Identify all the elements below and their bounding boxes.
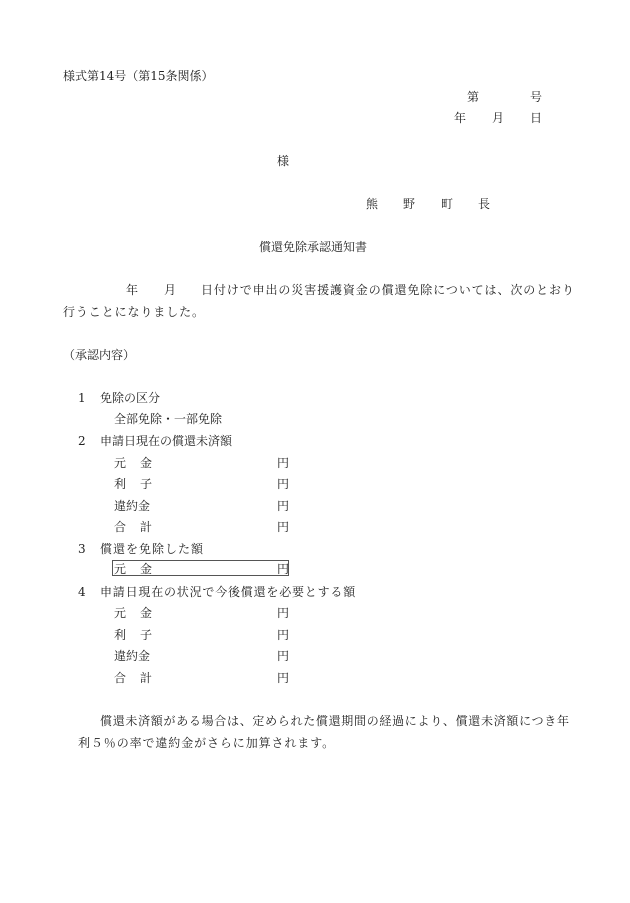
date-month: 月	[492, 111, 504, 125]
note-line2: 利５％の率で違約金がさらに加算されます。	[78, 736, 335, 750]
date-year: 年	[454, 111, 466, 125]
note-line1: 償還未済額がある場合は、定められた償還期間の経過により、償還未済額につき年	[100, 714, 570, 728]
row-label-a: 合	[114, 520, 126, 534]
issuer-char-2: 野	[403, 197, 415, 211]
form-id: 様式第14号（第15条関係）	[63, 69, 214, 83]
ref-go: 号	[530, 90, 542, 104]
row-label-b: 金	[140, 456, 152, 470]
item-3-title: 償還を免除した額	[100, 542, 204, 556]
row-label: 違約金	[114, 499, 150, 513]
row-label-b: 金	[140, 562, 152, 576]
item-2-title: 申請日現在の償還未済額	[100, 434, 232, 448]
item-1-value: 全部免除・一部免除	[114, 412, 222, 426]
issuer-char-1: 熊	[366, 197, 378, 211]
issuer-char-3: 町	[441, 197, 453, 211]
row-label-b: 子	[140, 628, 152, 642]
row-label-a: 元	[114, 456, 126, 470]
ref-dai: 第	[467, 90, 479, 104]
section-heading: （承認内容）	[63, 348, 135, 362]
row-unit: 円	[277, 520, 289, 534]
item-2-num: 2	[78, 434, 86, 448]
item-1-title: 免除の区分	[100, 391, 160, 405]
row-label: 違約金	[114, 649, 150, 663]
item-3-amount-box	[112, 560, 289, 576]
intro-line2: 行うことになりました。	[63, 305, 205, 319]
document-title: 償還免除承認通知書	[259, 240, 367, 254]
item-4-num: 4	[78, 585, 86, 599]
item-4-title: 申請日現在の状況で今後償還を必要とする額	[100, 585, 356, 599]
row-label-b: 計	[140, 520, 152, 534]
addressee-honorific: 様	[277, 154, 289, 168]
row-unit: 円	[277, 562, 289, 576]
row-unit: 円	[277, 649, 289, 663]
row-unit: 円	[277, 499, 289, 513]
date-day: 日	[530, 111, 542, 125]
row-label-a: 利	[114, 628, 126, 642]
row-unit: 円	[277, 628, 289, 642]
row-label-a: 元	[114, 606, 126, 620]
row-label-b: 金	[140, 606, 152, 620]
item-3-num: 3	[78, 542, 86, 556]
row-label-b: 子	[140, 477, 152, 491]
intro-month: 月	[164, 283, 176, 297]
row-label-a: 合	[114, 671, 126, 685]
row-label-b: 計	[140, 671, 152, 685]
row-label-a: 利	[114, 477, 126, 491]
issuer-char-4: 長	[478, 197, 490, 211]
row-unit: 円	[277, 456, 289, 470]
row-unit: 円	[277, 606, 289, 620]
item-1-num: 1	[78, 391, 86, 405]
row-unit: 円	[277, 671, 289, 685]
row-label-a: 元	[114, 562, 126, 576]
intro-year: 年	[126, 283, 138, 297]
intro-line1: 日付けで申出の災害援護資金の償還免除については、次のとおり	[201, 283, 575, 297]
row-unit: 円	[277, 477, 289, 491]
